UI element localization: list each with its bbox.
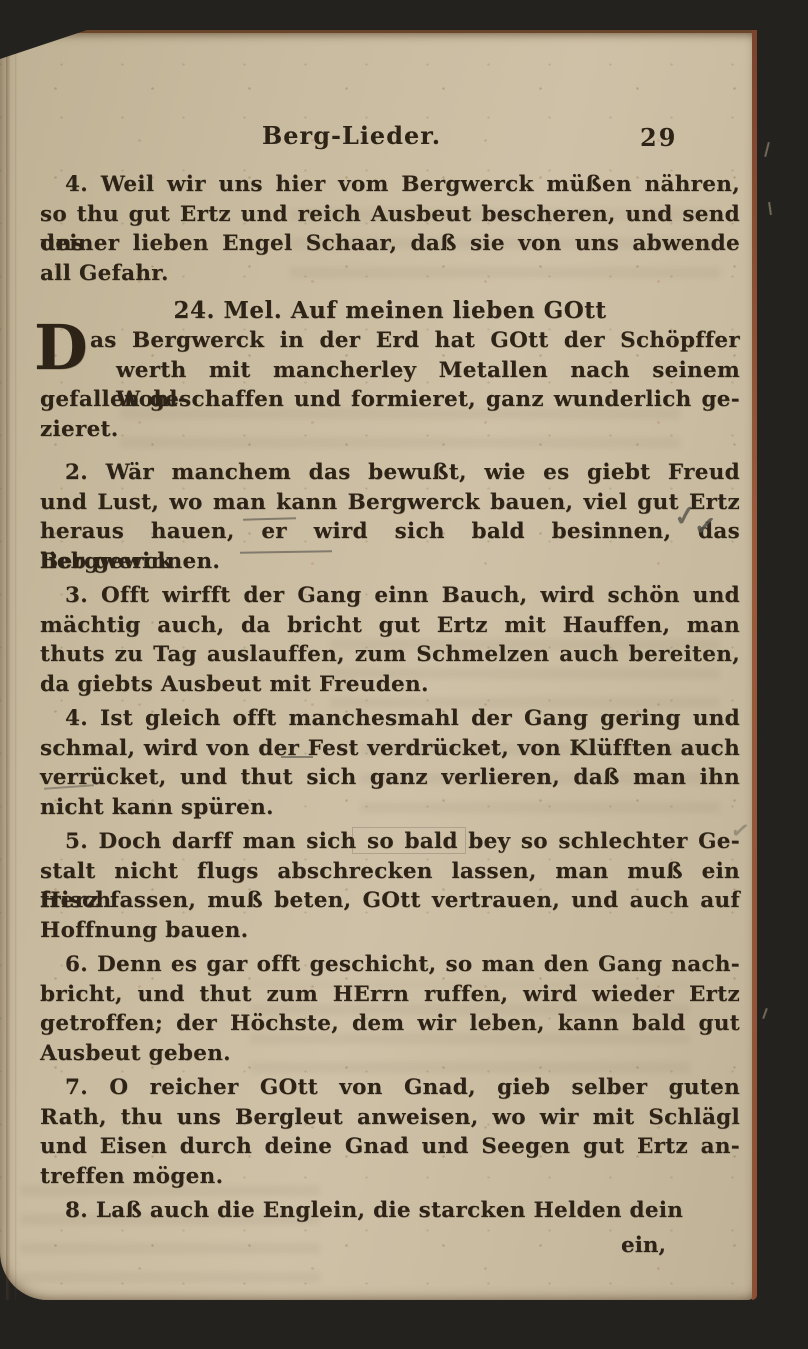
text-line: und Eisen durch deine Gnad und Seegen gu… bbox=[40, 1132, 740, 1162]
text-line: lieb gewinnen. bbox=[40, 547, 740, 577]
text-line: 8. Laß auch die Englein, die starcken He… bbox=[40, 1196, 740, 1226]
running-head: Berg-Lieder. 29 bbox=[40, 121, 740, 155]
text-line: bricht, und thut zum HErrn ruffen, wird … bbox=[40, 980, 740, 1010]
text-line: nicht kann spüren. bbox=[40, 793, 740, 823]
gutter-crease bbox=[6, 33, 10, 1300]
text-line: deiner lieben Engel Schaar, daß sie von … bbox=[40, 229, 740, 259]
text-line: 7. O reicher GOtt von Gnad, gieb selber … bbox=[40, 1073, 740, 1103]
stanza-3: 3. Offt wirfft der Gang einn Bauch, wird… bbox=[40, 581, 740, 699]
text-block: 4. Weil wir uns hier vom Bergwerck müßen… bbox=[40, 170, 740, 1261]
gutter-crease-faint bbox=[15, 33, 17, 1300]
text-line: gefallen geschaffen und formieret, ganz … bbox=[40, 385, 740, 415]
text-line: Ausbeut geben. bbox=[40, 1039, 740, 1069]
text-line: da giebts Ausbeut mit Freuden. bbox=[40, 670, 740, 700]
song-heading: 24. Mel. Auf meinen lieben GOtt bbox=[40, 296, 740, 326]
text-line: so thu gut Ertz und reich Ausbeut besche… bbox=[40, 200, 740, 230]
text-line: zieret. bbox=[40, 415, 740, 445]
scan-photo: Berg-Lieder. 29 4. Weil wir uns hier vom… bbox=[0, 0, 808, 1349]
text-line: 3. Offt wirfft der Gang einn Bauch, wird… bbox=[40, 581, 740, 611]
text-line: 4. Weil wir uns hier vom Bergwerck müßen… bbox=[40, 170, 740, 200]
stanza-6: 6. Denn es gar offt geschicht, so man de… bbox=[40, 950, 740, 1068]
stanza-1: D as Bergwerck in der Erd hat GOtt der S… bbox=[40, 326, 740, 444]
book-page: Berg-Lieder. 29 4. Weil wir uns hier vom… bbox=[0, 30, 757, 1300]
stanza-5: 5. Doch darff man sich so bald bey so sc… bbox=[40, 827, 740, 945]
text-line: heraus hauen, er wird sich bald besinnen… bbox=[40, 517, 740, 547]
text-line: thuts zu Tag auslauffen, zum Schmelzen a… bbox=[40, 640, 740, 670]
stanza-previous-song: 4. Weil wir uns hier vom Bergwerck müßen… bbox=[40, 170, 740, 288]
text-line: all Gefahr. bbox=[40, 259, 740, 289]
stanza-8: 8. Laß auch die Englein, die starcken He… bbox=[40, 1196, 740, 1226]
text-line: 6. Denn es gar offt geschicht, so man de… bbox=[40, 950, 740, 980]
stanza-4: 4. Ist gleich offt manchesmahl der Gang … bbox=[40, 704, 740, 822]
backing-fleck bbox=[762, 1008, 768, 1019]
text-line: as Bergwerck in der Erd hat GOtt der Sch… bbox=[40, 326, 740, 356]
text-line: 5. Doch darff man sich so bald bey so sc… bbox=[40, 827, 740, 857]
text-line: werth mit mancherley Metallen nach seine… bbox=[40, 356, 740, 386]
text-line: 2. Wär manchem das bewußt, wie es giebt … bbox=[40, 458, 740, 488]
text-line: und Lust, wo man kann Bergwerck bauen, v… bbox=[40, 488, 740, 518]
text-line: stalt nicht flugs abschrecken lassen, ma… bbox=[40, 857, 740, 887]
text-line: verrücket, und thut sich ganz verlieren,… bbox=[40, 763, 740, 793]
text-line: 4. Ist gleich offt manchesmahl der Gang … bbox=[40, 704, 740, 734]
page-number: 29 bbox=[640, 123, 677, 152]
text-line: getroffen; der Höchste, dem wir leben, k… bbox=[40, 1009, 740, 1039]
stanza-list: 2. Wär manchem das bewußt, wie es giebt … bbox=[40, 458, 740, 1226]
drop-cap-initial: D bbox=[34, 317, 88, 379]
stanza-2: 2. Wär manchem das bewußt, wie es giebt … bbox=[40, 458, 740, 576]
text-line: treffen mögen. bbox=[40, 1162, 740, 1192]
running-head-title: Berg-Lieder. bbox=[262, 121, 441, 150]
text-line: mächtig auch, da bricht gut Ertz mit Hau… bbox=[40, 611, 740, 641]
stanza-7: 7. O reicher GOtt von Gnad, gieb selber … bbox=[40, 1073, 740, 1191]
backing-fleck bbox=[768, 202, 772, 215]
text-line: Hoffnung bauen. bbox=[40, 916, 740, 946]
text-line: schmal, wird von der Fest verdrücket, vo… bbox=[40, 734, 740, 764]
text-line: Herz fassen, muß beten, GOtt vertrauen, … bbox=[40, 886, 740, 916]
catchword: ein, bbox=[40, 1231, 740, 1261]
backing-fleck bbox=[764, 142, 770, 157]
text-line: Rath, thu uns Bergleut anweisen, wo wir … bbox=[40, 1103, 740, 1133]
